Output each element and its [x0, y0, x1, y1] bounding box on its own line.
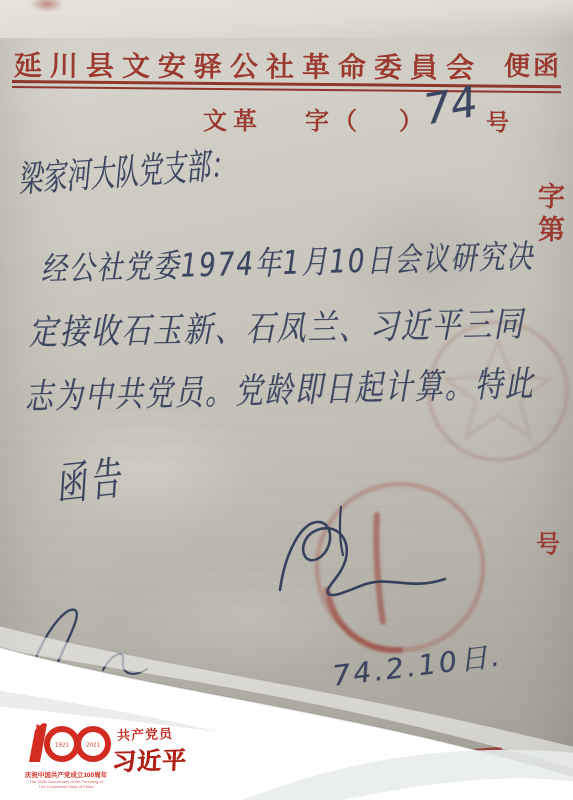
- paper-top-edge: [0, 0, 573, 38]
- logo-tagline-en-2: The Communist Party of China: [18, 784, 114, 789]
- logo-year-left: 1921: [55, 743, 69, 749]
- cpc-100-logo: ★ 1921 2021: [21, 720, 111, 764]
- red-ink-fragment: [30, 0, 64, 12]
- cpc-100-logo-block: ★ 1921 2021 庆祝中国共产党成立100周年 The 100th Ann…: [18, 720, 114, 789]
- ref-prefix: 文革: [203, 101, 263, 136]
- ref-close-paren: ）: [399, 101, 423, 136]
- doc-type-label: 便函: [504, 46, 562, 83]
- handwritten-closing: 函告: [52, 441, 127, 514]
- margin-stub-zidi: 字第: [530, 182, 569, 248]
- handwritten-body-line-2: 定接收石玉新、石凤兰、习近平三同: [28, 297, 525, 355]
- ref-zi-open: 字（: [305, 101, 361, 136]
- memo-photo: 延川县文安驿公社革命委員会 便函 文革 字（ ） 号 字第 号 74 梁家河大队…: [0, 0, 573, 800]
- svg-text:★: ★: [34, 722, 41, 731]
- logo-tagline-cn: 庆祝中国共产党成立100周年: [18, 770, 114, 779]
- handwritten-ref-number: 74: [420, 77, 481, 135]
- margin-stub-hao: 号: [536, 524, 560, 559]
- ref-suffix: 号: [486, 104, 509, 137]
- calligraphy-name: 习近平: [111, 740, 188, 777]
- logo-year-right: 2021: [86, 743, 100, 749]
